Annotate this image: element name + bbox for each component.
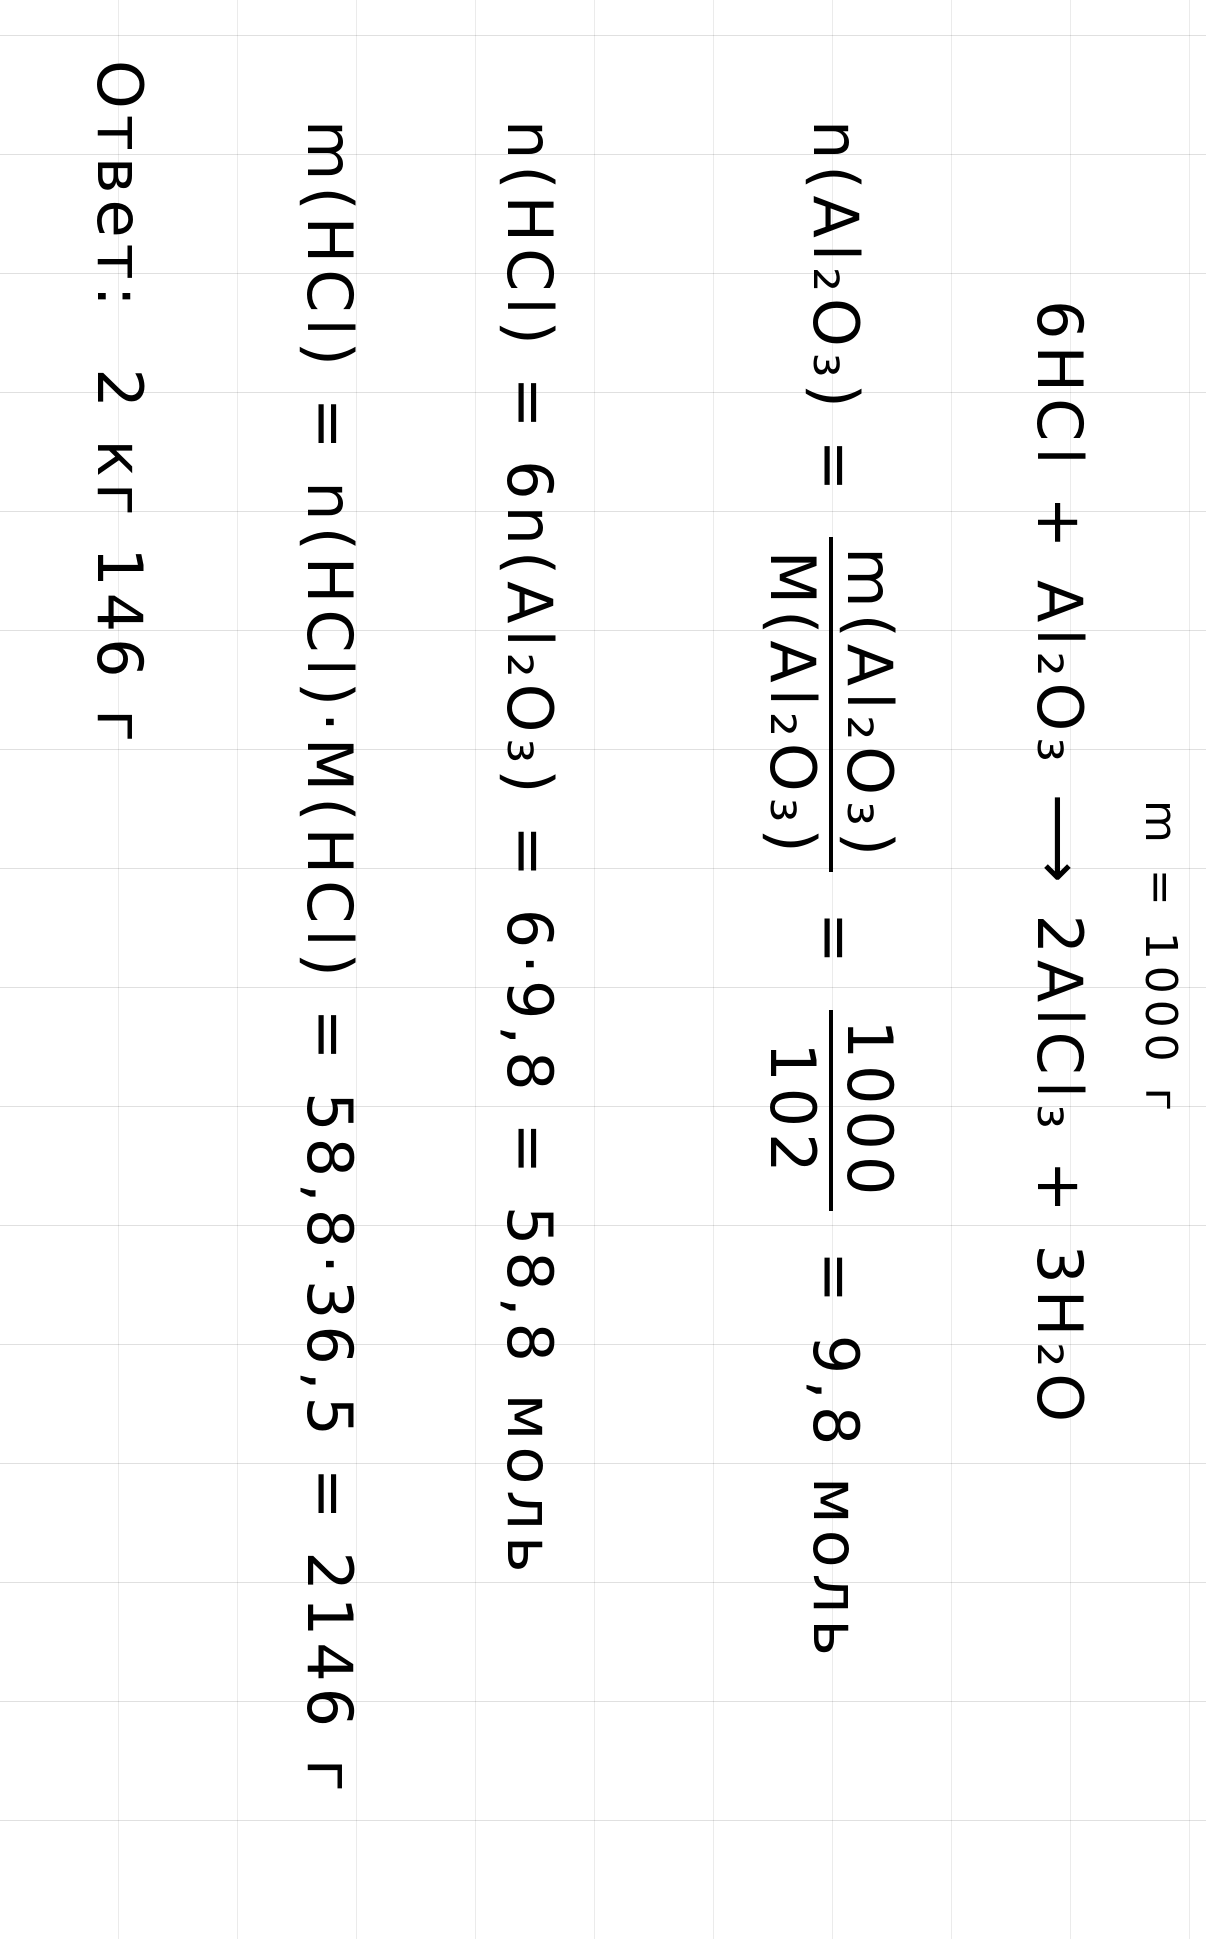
answer-line: Ответ: 2 кг 146 г bbox=[83, 60, 156, 748]
reactant-hcl: 6HCl bbox=[1023, 300, 1096, 471]
fraction-denominator: M(Al₂O₃) bbox=[756, 551, 829, 859]
given-mass: m = 1000 г bbox=[1135, 800, 1186, 1117]
fraction-numerator: m(Al₂O₃) bbox=[829, 537, 906, 872]
answer-value: 2 кг 146 г bbox=[83, 368, 156, 748]
plus-sign: + bbox=[1023, 1161, 1096, 1219]
mass-over-molar-mass-fraction: m(Al₂O₃) M(Al₂O₃) bbox=[756, 537, 906, 872]
equals-sign: = bbox=[799, 912, 872, 970]
numeric-fraction: 1000 102 bbox=[756, 1010, 906, 1212]
mass-hcl-line: m(HCl) = n(HCl)·M(HCl) = 58,8·36,5 = 214… bbox=[293, 120, 366, 1797]
reaction-arrow: ⟶ bbox=[1023, 794, 1096, 889]
moles-al2o3-line: n(Al₂O₃) = m(Al₂O₃) M(Al₂O₃) = 1000 102 … bbox=[756, 120, 906, 1662]
fraction-denominator: 102 bbox=[756, 1042, 829, 1178]
reaction-equation: 6HCl + Al₂O₃ ⟶ 2AlCl₃ + 3H₂O bbox=[1023, 300, 1096, 1428]
reactant-al2o3: Al₂O₃ bbox=[1023, 580, 1096, 768]
moles-result: = 9,8 моль bbox=[799, 1251, 872, 1662]
fraction-numerator: 1000 bbox=[829, 1010, 906, 1212]
moles-hcl-line: n(HCl) = 6n(Al₂O₃) = 6·9,8 = 58,8 моль bbox=[493, 120, 566, 1579]
plus-sign: + bbox=[1023, 496, 1096, 554]
product-alcl3: 2AlCl₃ bbox=[1023, 914, 1096, 1134]
product-h2o: 3H₂O bbox=[1023, 1244, 1096, 1428]
answer-label: Ответ: bbox=[83, 60, 156, 313]
n-al2o3-lhs: n(Al₂O₃) = bbox=[799, 120, 872, 497]
handwritten-sheet: m = 1000 г 6HCl + Al₂O₃ ⟶ 2AlCl₃ + 3H₂O … bbox=[0, 0, 1206, 1939]
